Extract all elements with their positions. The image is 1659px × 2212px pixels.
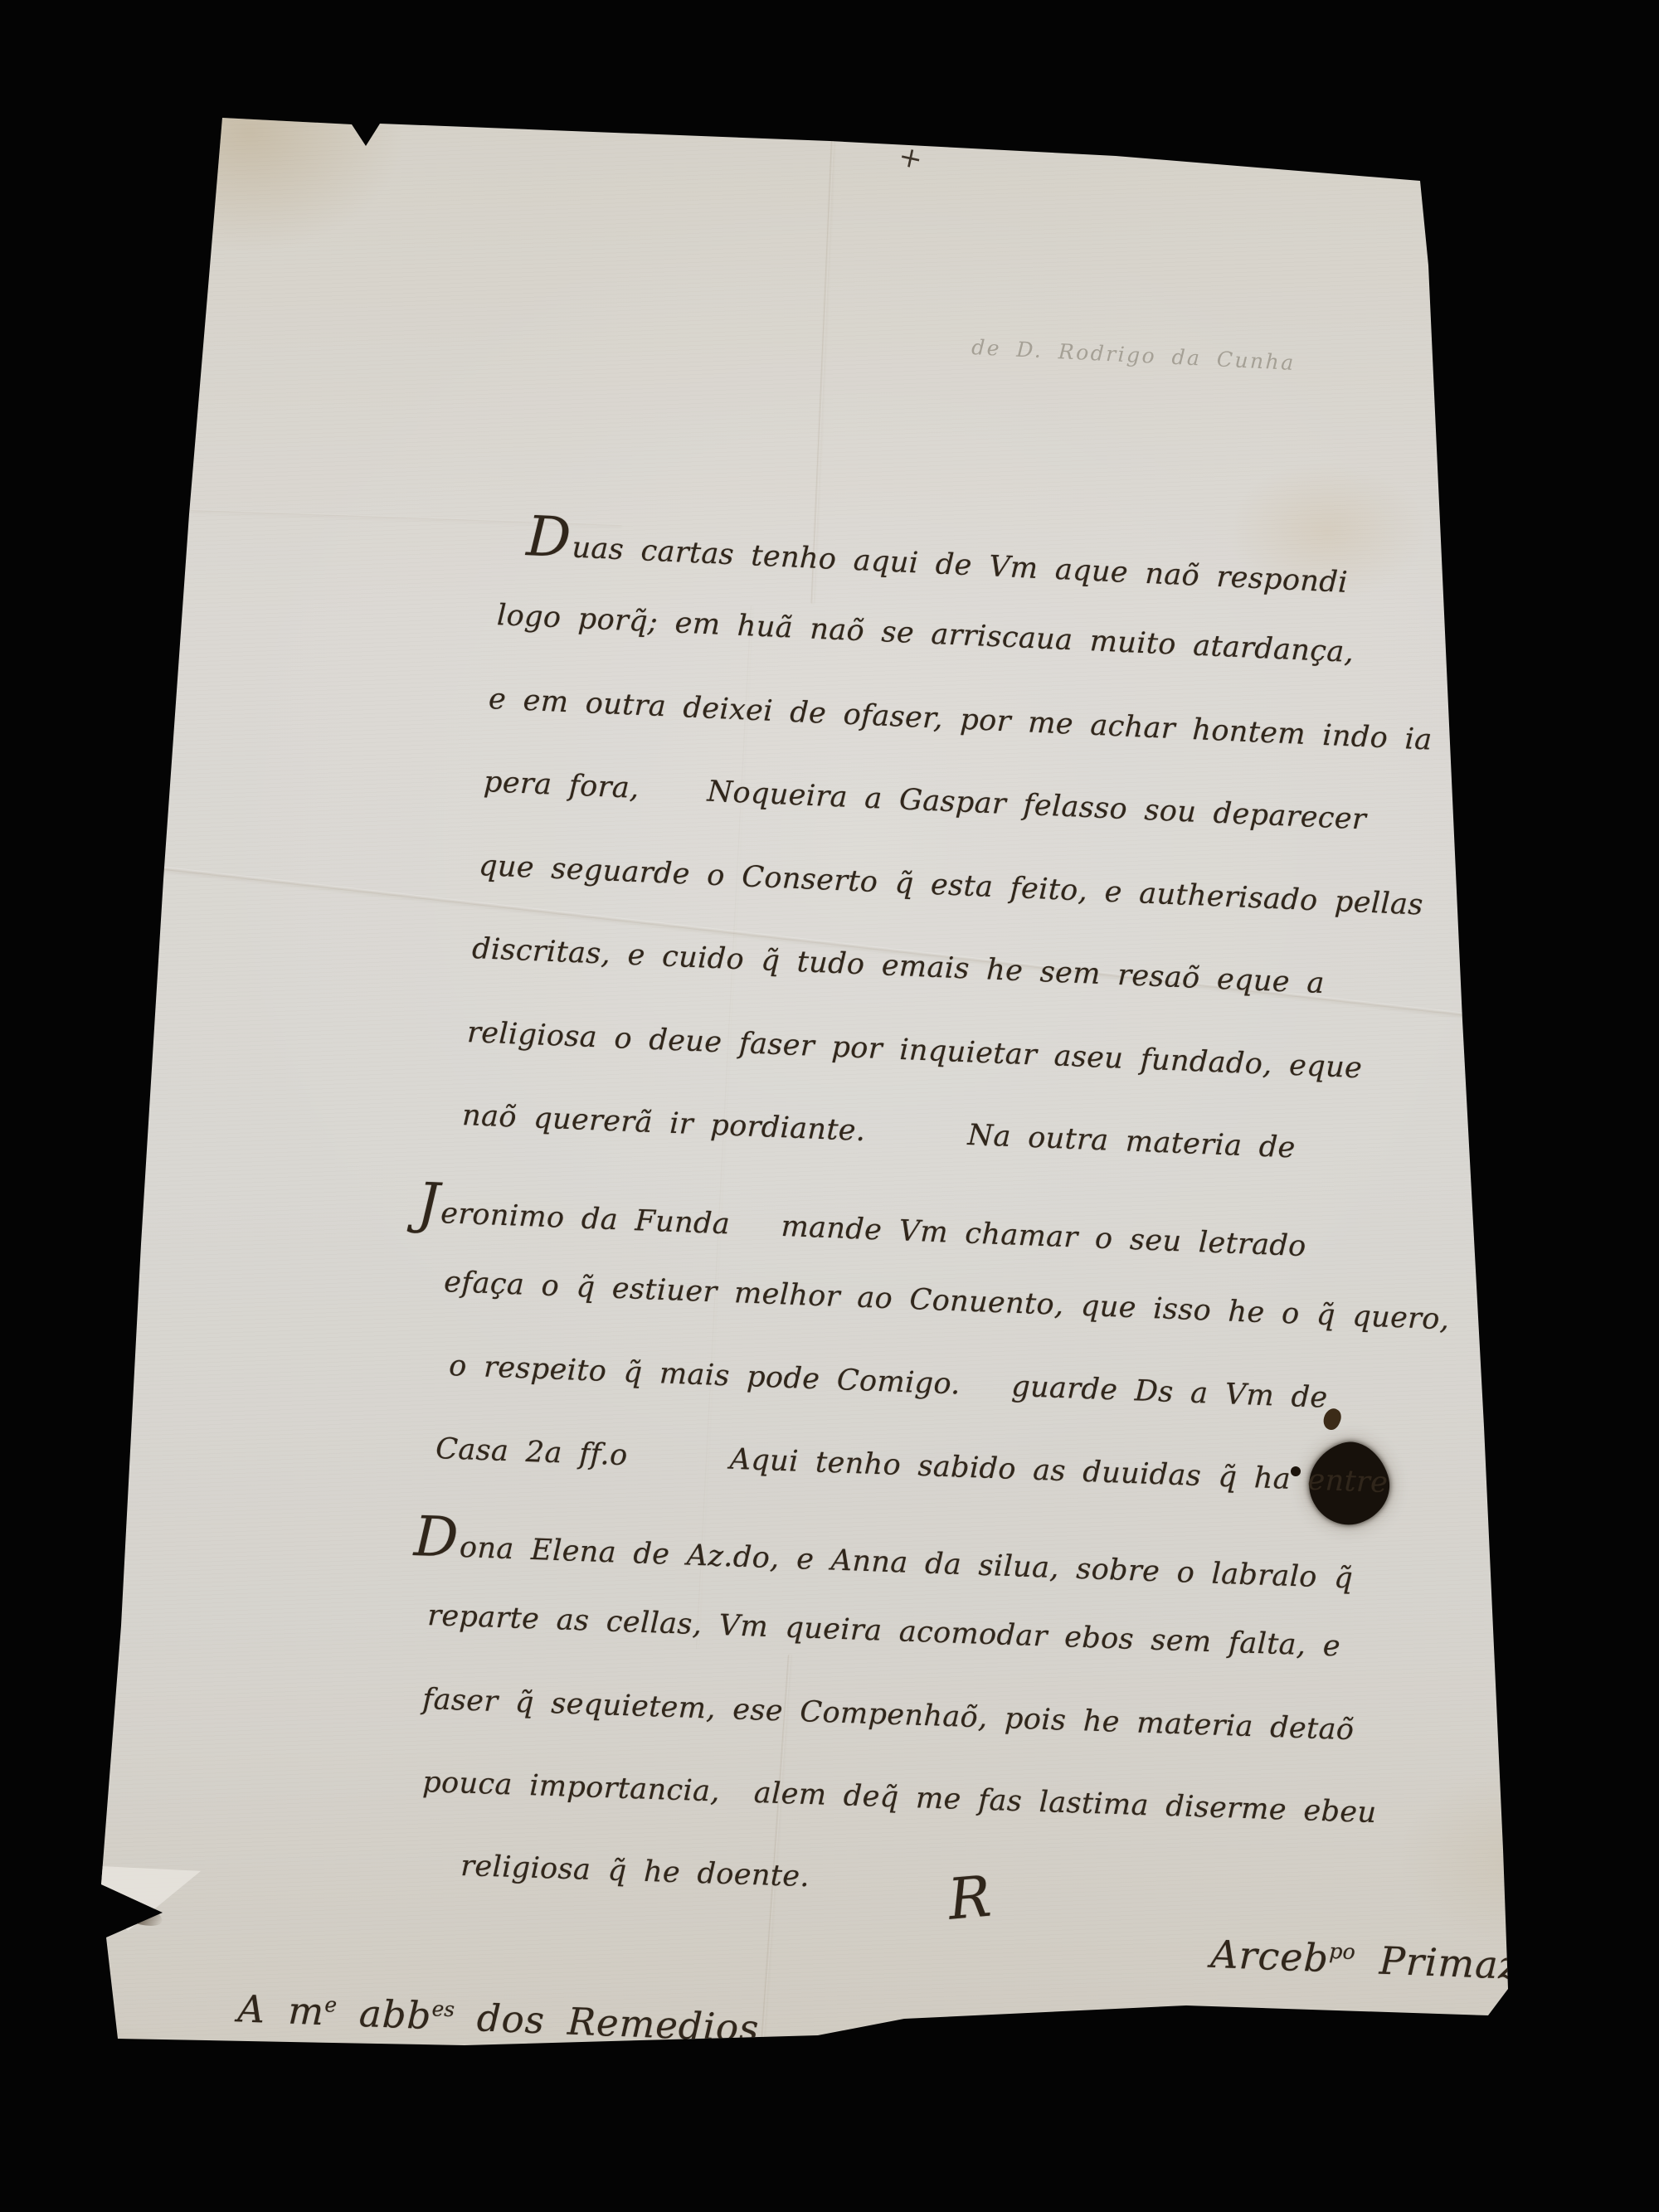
letter-line: logo porq̃; em huã naõ se arriscaua muit… [496,599,1355,669]
address-line: A me abbes dos Remedios [100,1937,761,2094]
torn-corner-flap [90,1859,204,1932]
signature-name-part: Arceb [1209,1932,1330,1981]
letter-line: religiosa q̃ he doente. [460,1850,810,1894]
signature-paraph: R [946,1864,994,1933]
address-part: A m [237,1986,325,2034]
letter-line: pera fora, Noqueira a Gaspar felasso sou… [483,766,1367,836]
address-part: abb [336,1991,433,2038]
letter-line: religiosa o deue faser por inquietar ase… [466,1016,1363,1085]
letter-line: que seguarde o Conserto q̃ esta feito, e… [478,849,1423,922]
letter-line: e em outra deixei de ofaser, por me acha… [488,683,1433,757]
address-superscript: e [324,1992,338,2017]
letter-line: Dona Elena de Az.do, e Anna da silua, so… [413,1516,1354,1596]
address-part: dos Remedios [454,1995,761,2050]
cross-mark: + [896,139,926,177]
letter-line: Casa 2a ff.o Aqui tenho sabido as duuida… [435,1432,1389,1500]
photo-background: + de D. Rodrigo da Cunha Duas cartas ten… [0,0,1659,2212]
signature-text: Arcebpo Primaz [1061,1881,1522,2033]
letter-line: discritas, e cuido q̃ tudo emais he sem … [471,932,1325,1000]
signature-name-part: Primaz [1354,1937,1520,1988]
letter-line: o respeito q̃ mais pode Comigo. guarde D… [449,1349,1329,1415]
address-superscript: es [431,1996,455,2021]
letter-line: faser q̃ sequietem, ese Compenhaõ, pois … [422,1683,1355,1747]
letter-page: + de D. Rodrigo da Cunha Duas cartas ten… [0,0,1659,2212]
letter-line: pouca importancia, alem deq̃ me fas last… [422,1766,1377,1830]
edge-tear-mark [85,1885,165,1932]
pencil-annotation: de D. Rodrigo da Cunha [971,335,1297,375]
letter-line: efaça o q̃ estiuer melhor ao Conuento, q… [443,1266,1450,1336]
signature-superscript: po [1329,1939,1356,1964]
letter-line: reparte as cellas, Vm queira acomodar eb… [427,1599,1341,1663]
letter-line: Duas cartas tenho aqui de Vm aque naõ re… [525,516,1349,600]
letter-line: Jeronimo da Funda mande Vm chamar o seu … [416,1183,1307,1263]
letter-line: naõ quererã ir pordiante. Na outra mater… [461,1099,1296,1164]
